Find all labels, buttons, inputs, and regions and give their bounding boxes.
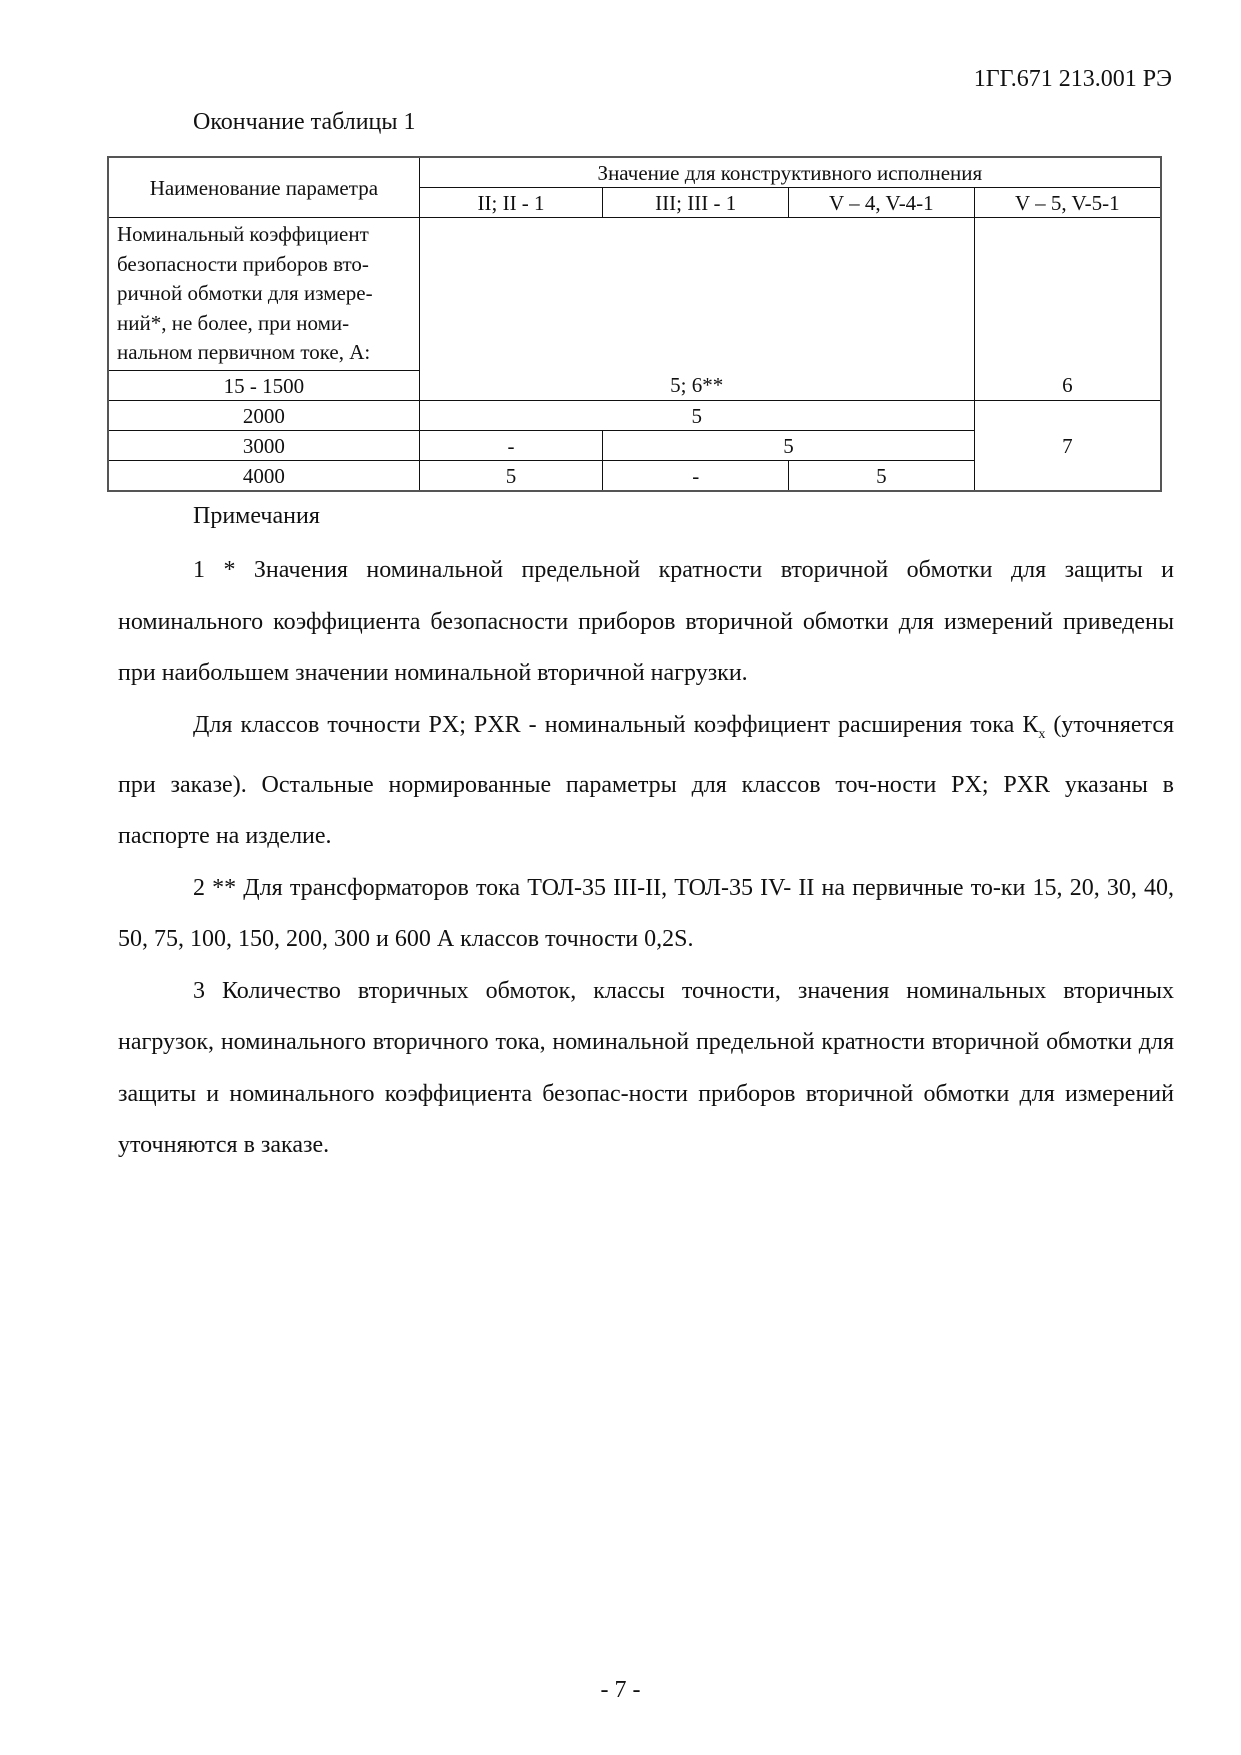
value-cell: 6	[974, 371, 1161, 401]
current-cell: 4000	[108, 461, 419, 492]
table-header-row: Наименование параметра Значение для конс…	[108, 157, 1161, 188]
value-cell: 5	[419, 401, 974, 431]
value-cell: -	[603, 461, 789, 492]
subheader-cell: V – 5, V-5-1	[974, 188, 1161, 218]
value-cell: 5	[789, 461, 975, 492]
subheader-cell: III; III - 1	[603, 188, 789, 218]
document-code: 1ГГ.671 213.001 РЭ	[974, 66, 1172, 93]
kx-symbol: Кx	[1022, 712, 1045, 738]
notes-body: 1 * Значения номинальной предельной крат…	[118, 545, 1174, 1172]
value-cell: 5	[603, 431, 974, 461]
current-cell: 15 - 1500	[108, 371, 419, 401]
param-description: Номинальный коэффициент безопасности при…	[108, 218, 419, 371]
note-1: 1 * Значения номинальной предельной крат…	[118, 545, 1174, 700]
table-row: 15 - 1500 5; 6** 6	[108, 371, 1161, 401]
value-cell: 5	[419, 461, 603, 492]
current-cell: 3000	[108, 431, 419, 461]
table-row: 2000 5 7	[108, 401, 1161, 431]
table-caption: Окончание таблицы 1	[193, 109, 416, 136]
page-number: - 7 -	[0, 1677, 1241, 1704]
empty-cell	[419, 218, 974, 371]
empty-cell	[974, 218, 1161, 371]
note-2: 2 ** Для трансформаторов тока ТОЛ-35 III…	[118, 863, 1174, 966]
subheader-cell: II; II - 1	[419, 188, 603, 218]
current-cell: 2000	[108, 401, 419, 431]
param-row: Номинальный коэффициент безопасности при…	[108, 218, 1161, 371]
note-3: 3 Количество вторичных обмоток, классы т…	[118, 966, 1174, 1172]
value-cell: 7	[974, 401, 1161, 492]
value-cell: 5; 6**	[419, 371, 974, 401]
group-header-cell: Значение для конструктивного исполнения	[419, 157, 1161, 188]
value-cell: -	[419, 431, 603, 461]
param-header-cell: Наименование параметра	[108, 157, 419, 218]
subheader-cell: V – 4, V-4-1	[789, 188, 975, 218]
note-1-px: Для классов точности PX; PXR - номинальн…	[118, 700, 1174, 863]
parameters-table: Наименование параметра Значение для конс…	[107, 156, 1162, 492]
notes-title: Примечания	[193, 503, 320, 530]
